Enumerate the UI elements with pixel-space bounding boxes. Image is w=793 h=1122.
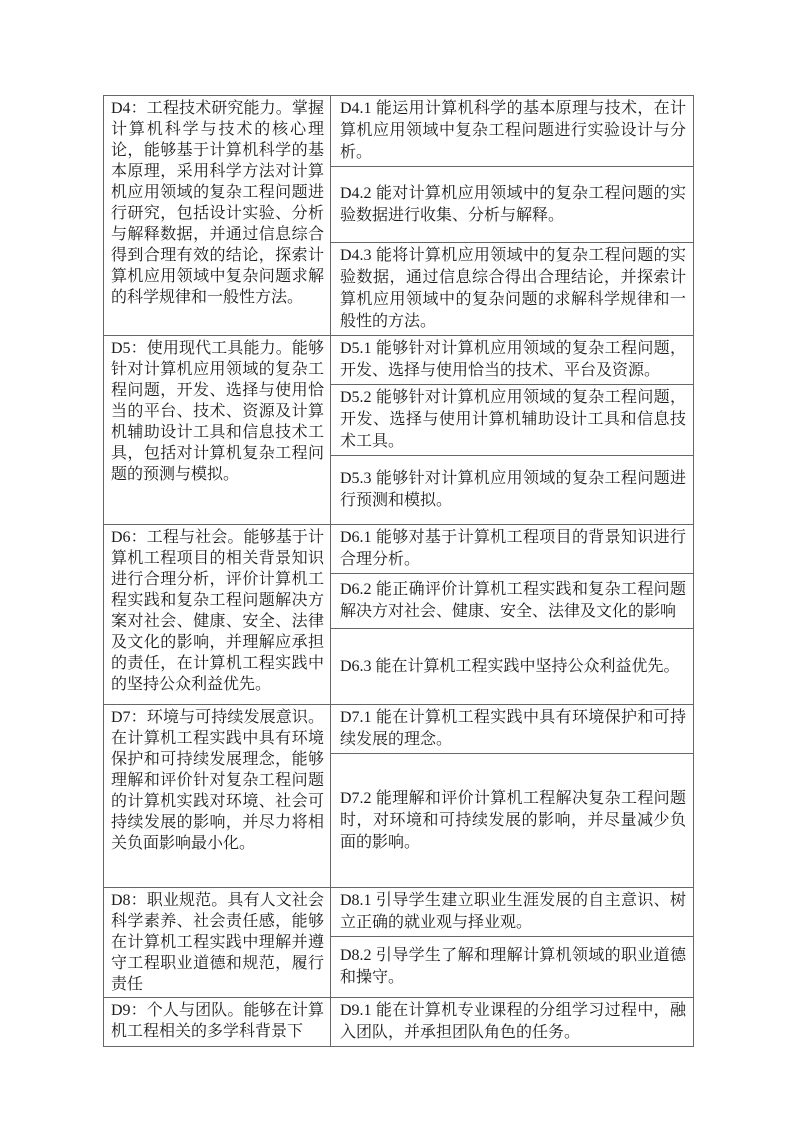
- table-row: D4：工程技术研究能力。掌握计算机科学与技术的核心理论，能够基于计算机科学的基本…: [104, 96, 694, 167]
- objective-cell-d6: D6：工程与社会。能够基于计算机工程项目的相关背景知识进行合理分析，评价计算机工…: [104, 525, 331, 705]
- indicator-cell-d8-2: D8.2 引导学生了解和理解计算机领域的职业道德和操守。: [331, 937, 694, 998]
- indicator-cell-d5-1: D5.1 能够针对计算机应用领域的复杂工程问题，开发、选择与使用恰当的技术、平台…: [331, 336, 694, 385]
- objective-cell-d8: D8：职业规范。具有人文社会科学素养、社会责任感，能够在计算机工程实践中理解并遵…: [104, 888, 331, 998]
- indicator-cell-d5-3: D5.3 能够针对计算机应用领域的复杂工程问题进行预测和模拟。: [331, 456, 694, 525]
- table-row: D5：使用现代工具能力。能够针对计算机应用领域的复杂工程问题，开发、选择与使用恰…: [104, 336, 694, 385]
- indicator-cell-d4-3: D4.3 能将计算机应用领域中的复杂工程问题的实验数据，通过信息综合得出合理结论…: [331, 243, 694, 336]
- indicator-cell-d4-1: D4.1 能运用计算机科学的基本原理与技术，在计算机应用领域中复杂工程问题进行实…: [331, 96, 694, 167]
- indicator-cell-d9-1: D9.1 能在计算机专业课程的分组学习过程中，融入团队，并承担团队角色的任务。: [331, 998, 694, 1047]
- table-row: D8：职业规范。具有人文社会科学素养、社会责任感，能够在计算机工程实践中理解并遵…: [104, 888, 694, 937]
- document-page: D4：工程技术研究能力。掌握计算机科学与技术的核心理论，能够基于计算机科学的基本…: [0, 0, 793, 1122]
- table-row: D9：个人与团队。能够在计算机工程相关的多学科背景下 D9.1 能在计算机专业课…: [104, 998, 694, 1047]
- objective-cell-d7: D7：环境与可持续发展意识。在计算机工程实践中具有环境保护和可持续发展理念，能够…: [104, 705, 331, 888]
- indicator-cell-d8-1: D8.1 引导学生建立职业生涯发展的自主意识、树立正确的就业观与择业观。: [331, 888, 694, 937]
- table-row: D7：环境与可持续发展意识。在计算机工程实践中具有环境保护和可持续发展理念，能够…: [104, 705, 694, 754]
- indicator-cell-d4-2: D4.2 能对计算机应用领域中的复杂工程问题的实验数据进行收集、分析与解释。: [331, 167, 694, 243]
- indicator-cell-d5-2: D5.2 能够针对计算机应用领域的复杂工程问题，开发、选择与使用计算机辅助设计工…: [331, 385, 694, 456]
- indicator-cell-d7-1: D7.1 能在计算机工程实践中具有环境保护和可持续发展的理念。: [331, 705, 694, 754]
- indicator-cell-d6-2: D6.2 能正确评价计算机工程实践和复杂工程问题解决方对社会、健康、安全、法律及…: [331, 574, 694, 629]
- indicator-cell-d6-3: D6.3 能在计算机工程实践中坚持公众利益优先。: [331, 629, 694, 705]
- objective-cell-d9: D9：个人与团队。能够在计算机工程相关的多学科背景下: [104, 998, 331, 1047]
- objective-cell-d4: D4：工程技术研究能力。掌握计算机科学与技术的核心理论，能够基于计算机科学的基本…: [104, 96, 331, 336]
- objective-cell-d5: D5：使用现代工具能力。能够针对计算机应用领域的复杂工程问题，开发、选择与使用恰…: [104, 336, 331, 525]
- indicator-cell-d6-1: D6.1 能够对基于计算机工程项目的背景知识进行合理分析。: [331, 525, 694, 574]
- graduation-objectives-table: D4：工程技术研究能力。掌握计算机科学与技术的核心理论，能够基于计算机科学的基本…: [103, 95, 694, 1047]
- table-row: D6：工程与社会。能够基于计算机工程项目的相关背景知识进行合理分析，评价计算机工…: [104, 525, 694, 574]
- indicator-cell-d7-2: D7.2 能理解和评价计算机工程解决复杂工程问题时，对环境和可持续发展的影响，并…: [331, 754, 694, 888]
